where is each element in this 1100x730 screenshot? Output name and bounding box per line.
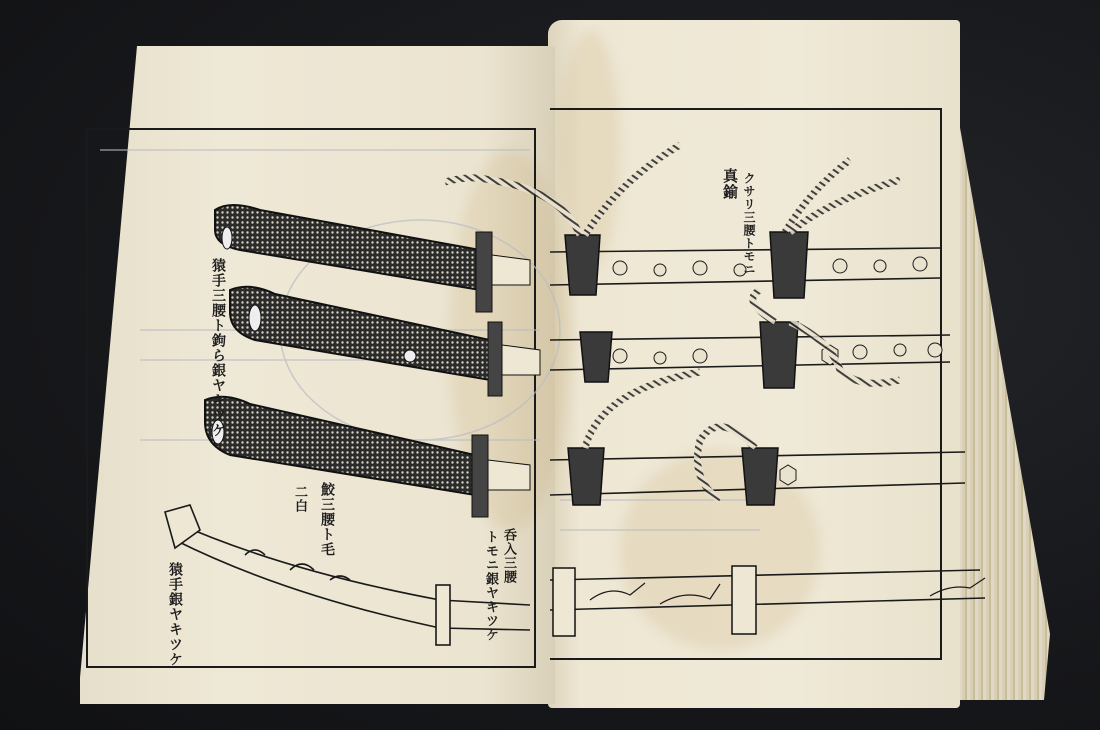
caption-3a: 呑入三腰 [502,528,515,584]
hexagon-crest-icon [780,465,796,485]
caption-2a: 鮫三腰ト毛 [320,482,334,557]
caption-1: 猿手三腰ト鉤ら銀ヤキツケ [211,258,225,438]
braided-cords [445,145,900,500]
caption-3b: トモニ銀ヤキツケ [484,530,497,642]
caption-5b: クサリ三腰トモニ [743,172,755,276]
scabbard-3 [205,397,530,517]
sword-illustrations [0,0,1100,730]
caption-4: 猿手銀ヤキツケ [168,562,182,667]
right-scabbards [550,248,985,610]
caption-2b: 二白 [293,485,306,513]
caption-5a: 真鍮 [722,168,737,200]
scabbard-2 [230,287,540,396]
scabbard-4 [165,505,530,645]
